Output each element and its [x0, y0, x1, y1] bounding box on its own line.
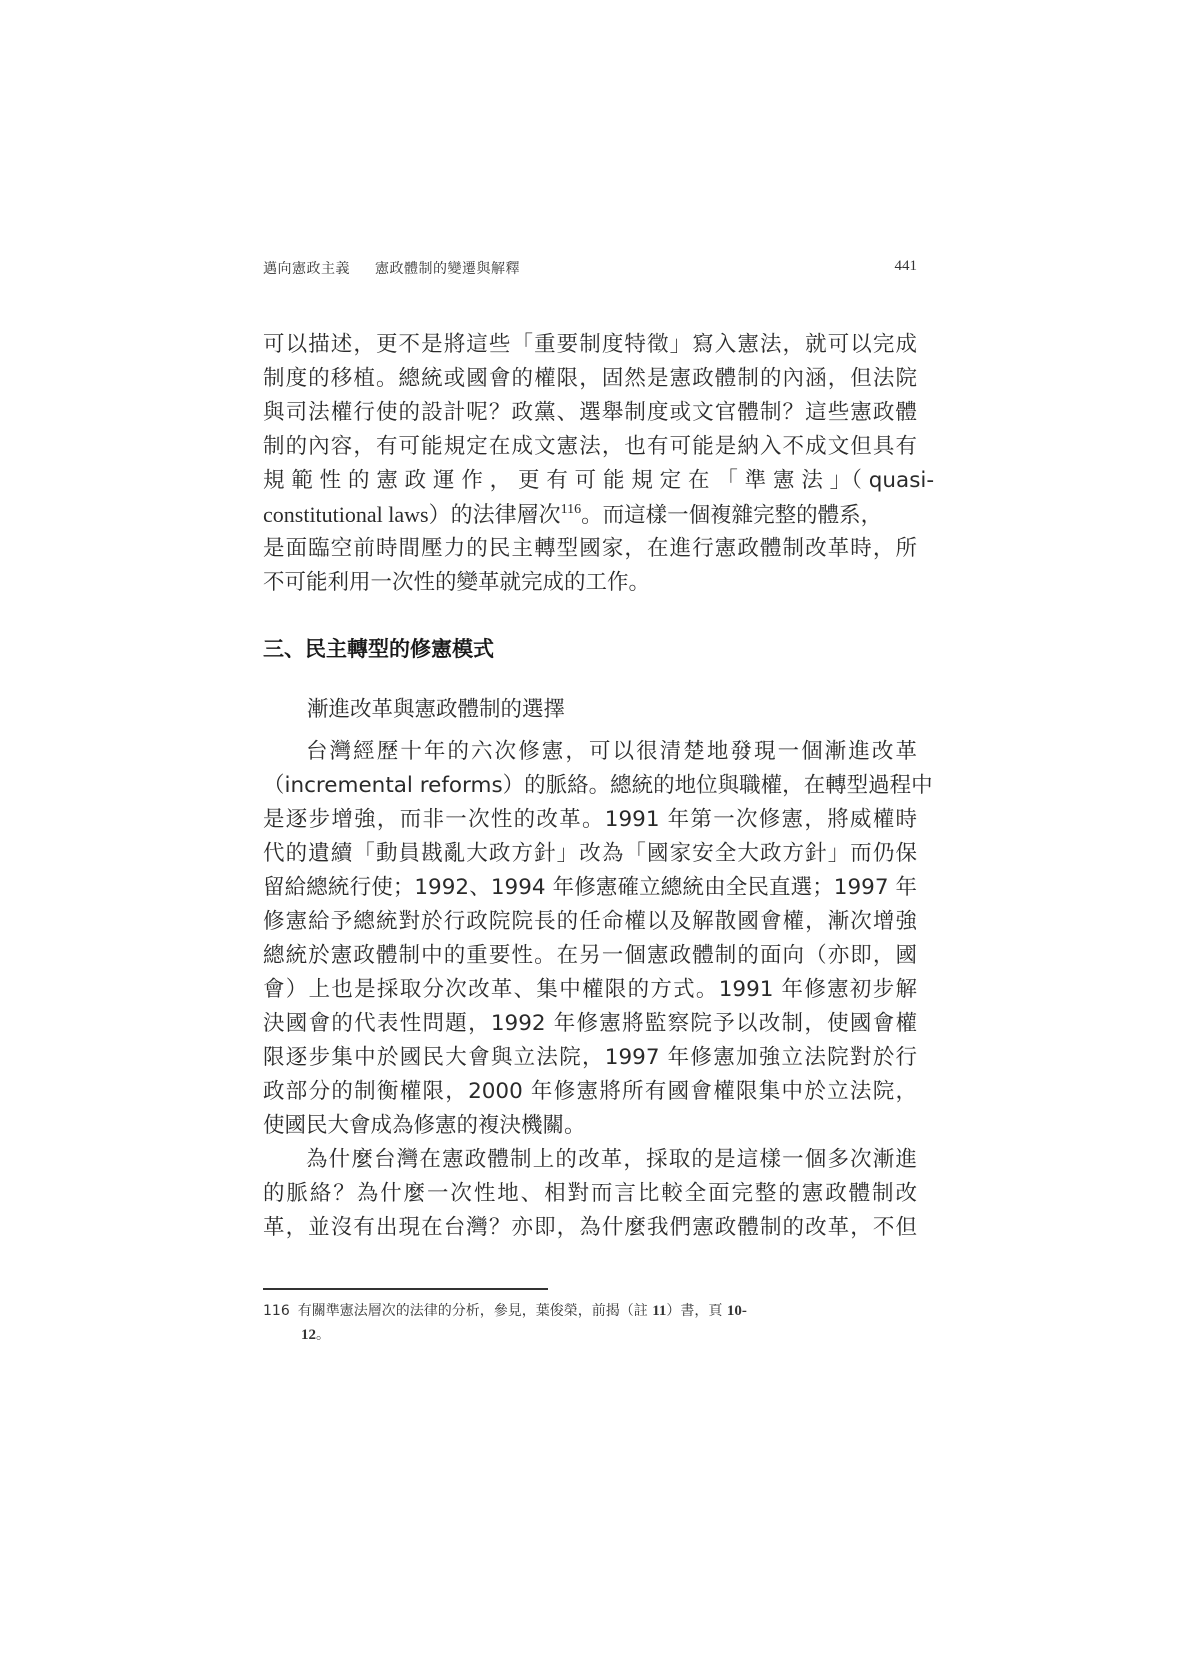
text-span: 規 範 性 的 憲 政 運 作 ， 更 有 可 能 規 定 在 「 準 憲 法 … [263, 468, 934, 493]
footnote-pages: 12 [301, 1327, 316, 1343]
text-line: 修憲給予總統對於行政院院長的任命權以及解散國會權，漸次增強 [263, 905, 917, 939]
text-line: 規 範 性 的 憲 政 運 作 ， 更 有 可 能 規 定 在 「 準 憲 法 … [263, 464, 917, 498]
text-line: 革，並沒有出現在台灣？亦即，為什麼我們憲政體制的改革，不但 [263, 1211, 917, 1245]
footnote-text: 。 [316, 1327, 330, 1343]
text-line: 為什麼台灣在憲政體制上的改革，採取的是這樣一個多次漸進 [306, 1143, 917, 1177]
footnote-pages: 10- [727, 1303, 747, 1319]
footnote-divider [263, 1288, 548, 1290]
text-line: 使國民大會成為修憲的複決機關。 [263, 1109, 917, 1143]
footnote-ref-116[interactable]: 116 [561, 502, 581, 517]
text-line: 總統於憲政體制中的重要性。在另一個憲政體制的面向（亦即，國 [263, 939, 917, 973]
chapter-title: 憲政體制的變遷與解釋 [375, 258, 520, 278]
footnote-text: ）書，頁 [666, 1303, 726, 1319]
text-line: 是面臨空前時間壓力的民主轉型國家，在進行憲政體制改革時，所 [263, 532, 917, 566]
text-line: 制的內容，有可能規定在成文憲法，也有可能是納入不成文但具有 [263, 430, 917, 464]
footnote-line: 12。 [301, 1323, 330, 1347]
footnote-number: 116 [263, 1303, 290, 1319]
text-line: constitutional laws）的法律層次116。而這樣一個複雜完整的體… [263, 498, 917, 532]
running-head: 邁向憲政主義 憲政體制的變遷與解釋 441 [263, 258, 917, 280]
text-line: 留給總統行使；1992、1994 年修憲確立總統由全民直選；1997 年 [263, 871, 917, 905]
text-span: 。而這樣一個複雜完整的體系， [581, 503, 882, 528]
text-line: （incremental reforms）的脈絡。總統的地位與職權，在轉型過程中 [263, 769, 917, 803]
text-line: 代的遺續「動員戡亂大政方針」改為「國家安全大政方針」而仍保 [263, 837, 917, 871]
text-line: 限逐步集中於國民大會與立法院，1997 年修憲加強立法院對於行 [263, 1041, 917, 1075]
text-line: 政部分的制衡權限，2000 年修憲將所有國會權限集中於立法院， [263, 1075, 917, 1109]
text-line: 決國會的代表性問題，1992 年修憲將監察院予以改制，使國會權 [263, 1007, 917, 1041]
text-line: 是逐步增強，而非一次性的改革。1991 年第一次修憲，將威權時 [263, 803, 917, 837]
footnote-text: 有關準憲法層次的法律的分析，參見，葉俊榮，前揭（註 [298, 1303, 652, 1319]
footnote-line: 116有關準憲法層次的法律的分析，參見，葉俊榮，前揭（註 11）書，頁 10- [263, 1299, 747, 1323]
text-span: constitutional laws）的法律層次 [263, 502, 561, 527]
text-line: 的脈絡？為什麼一次性地、相對而言比較全面完整的憲政體制改 [263, 1177, 917, 1211]
document-page: 邁向憲政主義 憲政體制的變遷與解釋 441 可以描述，更不是將這些「重要制度特徵… [0, 0, 1177, 1664]
text-line: 與司法權行使的設計呢？政黨、選舉制度或文官體制？這些憲政體 [263, 396, 917, 430]
section-heading: 三、民主轉型的修憲模式 [263, 633, 494, 663]
text-line: 不可能利用一次性的變革就完成的工作。 [263, 566, 917, 600]
page-number: 441 [895, 258, 918, 275]
book-title: 邁向憲政主義 [263, 258, 350, 278]
sub-heading: 漸進改革與憲政體制的選擇 [307, 692, 565, 723]
footnote-ref-note: 11 [652, 1303, 666, 1319]
text-line: 台灣經歷十年的六次修憲，可以很清楚地發現一個漸進改革 [306, 735, 917, 769]
text-line: 會）上也是採取分次改革、集中權限的方式。1991 年修憲初步解 [263, 973, 917, 1007]
text-line: 制度的移植。總統或國會的權限，固然是憲政體制的內涵，但法院 [263, 362, 917, 396]
text-line: 可以描述，更不是將這些「重要制度特徵」寫入憲法，就可以完成 [263, 328, 917, 362]
